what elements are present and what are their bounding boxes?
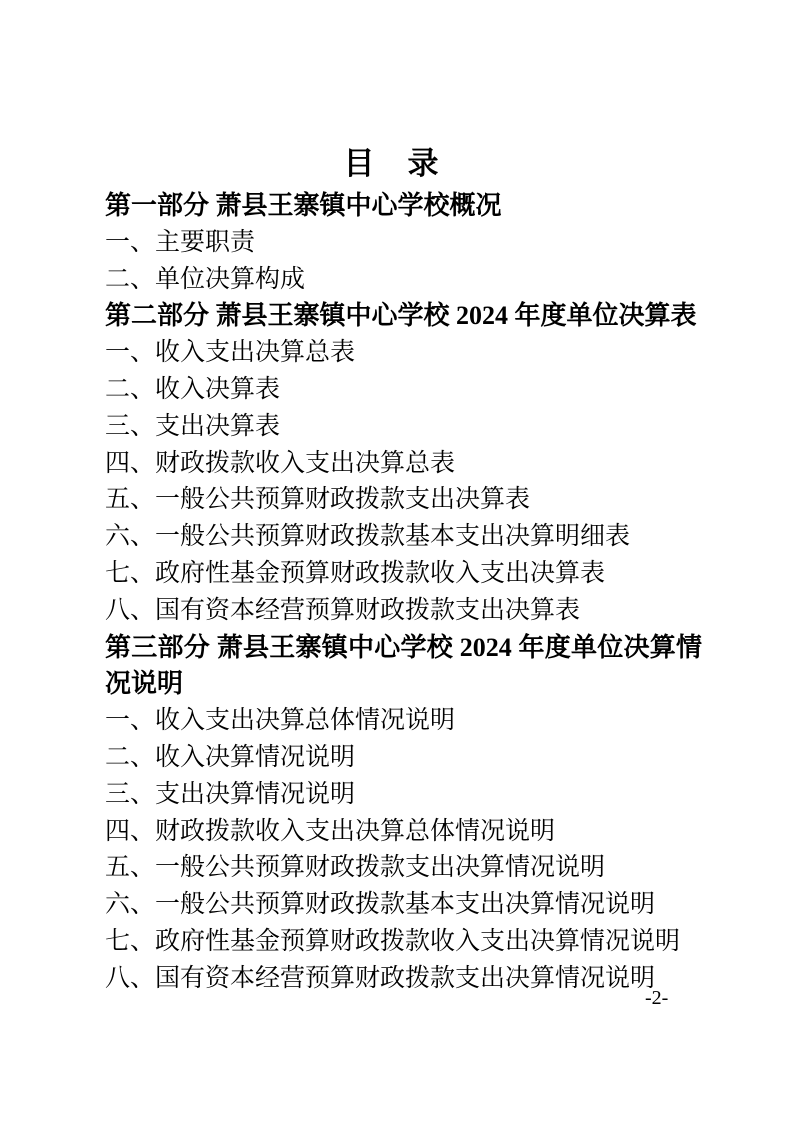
toc-section-3-heading: 第三部分 萧县王寨镇中心学校 2024 年度单位决算情况说明 bbox=[105, 630, 702, 704]
toc-item: 七、政府性基金预算财政拨款收入支出决算情况说明 bbox=[105, 924, 702, 961]
page-number: -2- bbox=[645, 988, 668, 1008]
toc-item: 二、收入决算情况说明 bbox=[105, 740, 702, 777]
toc-item: 八、国有资本经营预算财政拨款支出决算情况说明 bbox=[105, 961, 702, 998]
toc-item: 七、政府性基金预算财政拨款收入支出决算表 bbox=[105, 556, 702, 593]
toc-item: 一、收入支出决算总表 bbox=[105, 335, 702, 372]
table-of-contents: 目 录 第一部分 萧县王寨镇中心学校概况 一、主要职责 二、单位决算构成 第二部… bbox=[105, 140, 702, 998]
toc-item: 三、支出决算表 bbox=[105, 409, 702, 446]
toc-item: 四、财政拨款收入支出决算总表 bbox=[105, 446, 702, 483]
toc-item: 三、支出决算情况说明 bbox=[105, 777, 702, 814]
toc-section-1-heading: 第一部分 萧县王寨镇中心学校概况 bbox=[105, 188, 702, 225]
toc-item: 八、国有资本经营预算财政拨款支出决算表 bbox=[105, 593, 702, 630]
toc-item: 一、收入支出决算总体情况说明 bbox=[105, 703, 702, 740]
toc-item: 六、一般公共预算财政拨款基本支出决算明细表 bbox=[105, 519, 702, 556]
page-title: 目 录 bbox=[105, 140, 702, 188]
toc-item: 二、收入决算表 bbox=[105, 372, 702, 409]
toc-section-2-heading: 第二部分 萧县王寨镇中心学校 2024 年度单位决算表 bbox=[105, 298, 702, 335]
toc-item: 一、主要职责 bbox=[105, 225, 702, 262]
toc-item: 五、一般公共预算财政拨款支出决算表 bbox=[105, 482, 702, 519]
toc-item: 四、财政拨款收入支出决算总体情况说明 bbox=[105, 814, 702, 851]
toc-item: 二、单位决算构成 bbox=[105, 262, 702, 299]
document-page: 目 录 第一部分 萧县王寨镇中心学校概况 一、主要职责 二、单位决算构成 第二部… bbox=[0, 0, 793, 1122]
toc-item: 五、一般公共预算财政拨款支出决算情况说明 bbox=[105, 850, 702, 887]
toc-item: 六、一般公共预算财政拨款基本支出决算情况说明 bbox=[105, 887, 702, 924]
